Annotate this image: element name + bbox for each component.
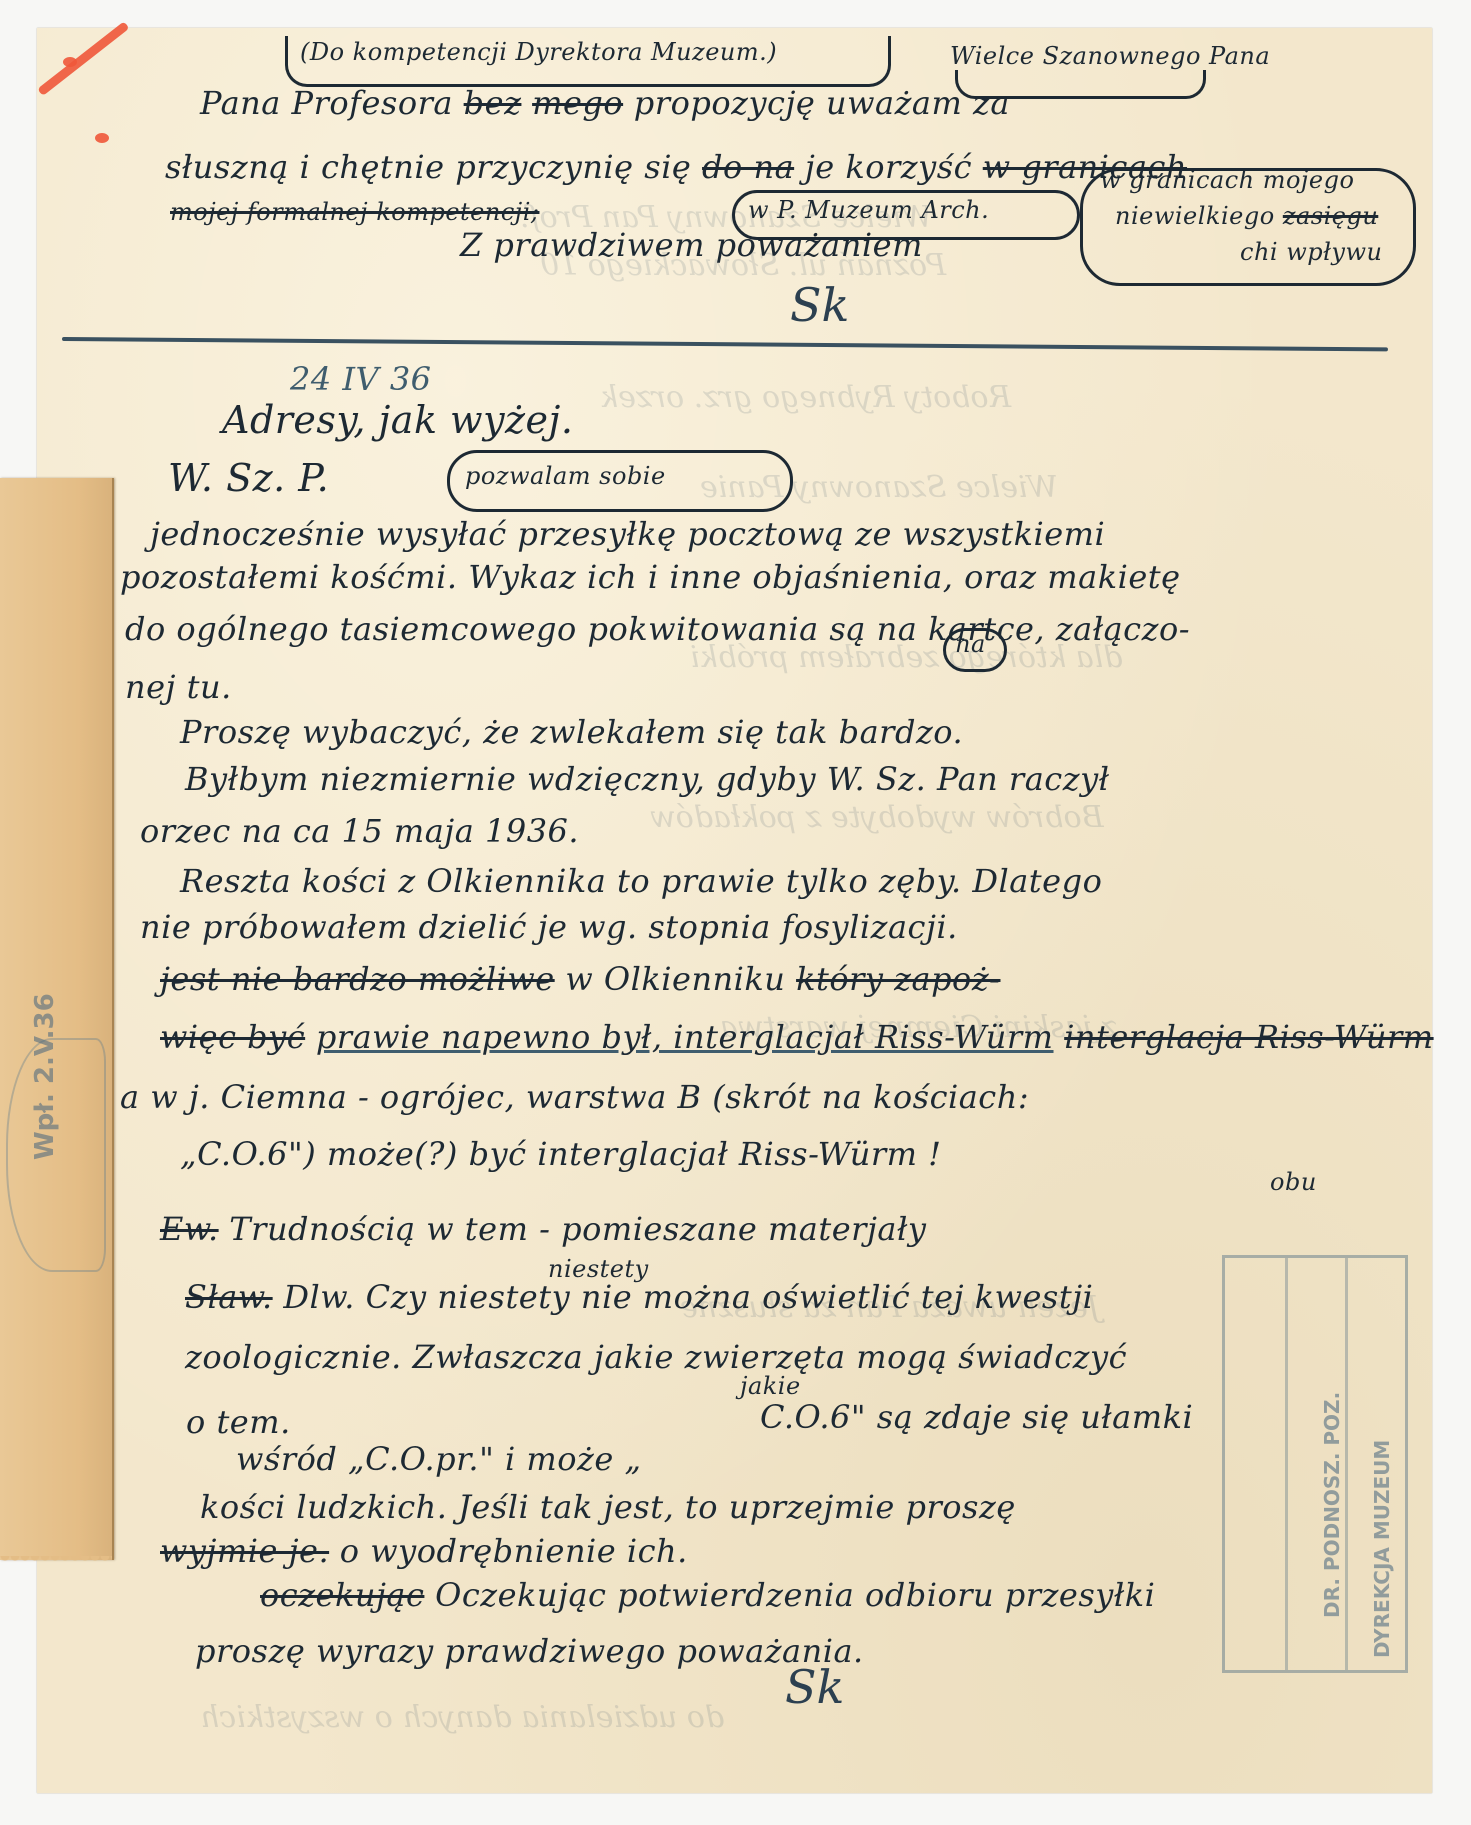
annotation-line: (Do kompetencji Dyrektora Muzeum.) bbox=[300, 38, 777, 66]
salutation-right: Wielce Szanownego Pana bbox=[950, 42, 1270, 70]
upper-line-3-struck: mojej formalnej kompetencji; bbox=[170, 198, 539, 226]
letter-line-14: Ew. Trudnością w tem - pomieszane materj… bbox=[160, 1210, 926, 1248]
struck-text: zasięgu bbox=[1283, 202, 1378, 230]
struck-text: bez bbox=[464, 84, 522, 122]
insert-obu: obu bbox=[1270, 1168, 1317, 1196]
stamp-text-1: DR. PODNOSZ. POZ. bbox=[1320, 1392, 1344, 1618]
letter-line-10: jest nie bardzo możliwe w Olkienniku któ… bbox=[160, 960, 1000, 998]
struck-text: do na bbox=[702, 148, 794, 186]
letter-line-6: Byłbym niezmiernie wdzięczny, gdyby W. S… bbox=[185, 760, 1110, 798]
letter-line-23: proszę wyrazy prawdziwego poważania. bbox=[195, 1632, 864, 1670]
archival-tab-strip: Wpł. 2.V.36 bbox=[0, 478, 114, 1560]
archive-stamp: DR. PODNOSZ. POZ. DYREKCJA MUZEUM bbox=[1222, 1255, 1408, 1673]
salutation: W. Sz. P. bbox=[168, 456, 329, 500]
opening-line: Adresy, jak wyżej. bbox=[222, 398, 573, 442]
signature-lower: Sk bbox=[785, 1660, 844, 1714]
letter-line-12: a w j. Ciemna - ogrójec, warstwa B (skró… bbox=[120, 1078, 1029, 1116]
letter-line-18: C.O.6" są zdaje się ułamki bbox=[760, 1398, 1193, 1436]
letter-line-11: więc być prawie napewno był, interglacja… bbox=[160, 1018, 1434, 1056]
struck-text: Sław. bbox=[185, 1278, 273, 1316]
struck-text: jest nie bardzo możliwe bbox=[160, 960, 555, 998]
text: o wyodrębnienie ich. bbox=[340, 1532, 688, 1570]
struck-text: oczekując bbox=[260, 1576, 424, 1614]
upper-line-1: Pana Profesora bez mego propozycję uważa… bbox=[200, 84, 1010, 122]
circled-insert-text: w P. Muzeum Arch. bbox=[748, 196, 989, 224]
struck-text: wyjmie je. bbox=[160, 1532, 329, 1570]
closing: Z prawdziwem poważaniem bbox=[460, 226, 923, 264]
struck-text: który zapoż- bbox=[796, 960, 1000, 998]
letter-line-9: nie próbowałem dzielić je wg. stopnia fo… bbox=[140, 908, 958, 946]
stamp-divider bbox=[1285, 1258, 1288, 1670]
struck-text: interglacja Riss-Würm bbox=[1064, 1018, 1433, 1056]
text: Trudnością w tem - pomieszane materjały bbox=[229, 1210, 926, 1248]
text: Pana Profesora bbox=[200, 84, 453, 122]
circled-na-text: na bbox=[955, 630, 986, 658]
text: Oczekując potwierdzenia odbioru przesyłk… bbox=[435, 1576, 1155, 1614]
letter-line-16: zoologicznie. Zwłaszcza jakie zwierzęta … bbox=[185, 1338, 1127, 1376]
bleed-through-text: do udzielania danych o wszystkich bbox=[200, 1700, 724, 1735]
tab-stamp: Wpł. 2.V.36 bbox=[6, 1038, 106, 1272]
stamp-text-2: DYREKCJA MUZEUM bbox=[1370, 1440, 1394, 1658]
letter-line-15: Sław. Dlw. Czy niestety nie można oświet… bbox=[185, 1278, 1093, 1316]
text: słuszną i chętnie przyczynię się bbox=[165, 148, 691, 186]
letter-line-2: pozostałemi kośćmi. Wykaz ich i inne obj… bbox=[120, 558, 1181, 596]
letter-line-3: do ogólnego tasiemcowego pokwitowania są… bbox=[125, 610, 1190, 648]
upper-line-2: słuszną i chętnie przyczynię się do na j… bbox=[165, 148, 1187, 186]
text: w Olkienniku bbox=[565, 960, 785, 998]
insert-jakie: jakie bbox=[740, 1372, 801, 1400]
letter-line-20: kości ludzkich. Jeśli tak jest, to uprze… bbox=[200, 1488, 1016, 1526]
tab-stamp-text: Wpł. 2.V.36 bbox=[30, 993, 60, 1160]
letter-line-22: oczekując Oczekując potwierdzenia odbior… bbox=[260, 1576, 1155, 1614]
letter-line-8: Reszta kości z Olkiennika to prawie tylk… bbox=[180, 862, 1102, 900]
bleed-through-text: Bobrów wydobyte z pokładów bbox=[650, 800, 1104, 835]
struck-text: Ew. bbox=[160, 1210, 219, 1248]
date: 24 IV 36 bbox=[290, 360, 432, 398]
text: prawie napewno był, interglacjał Riss-Wü… bbox=[316, 1018, 1054, 1056]
letter-line-5: Proszę wybaczyć, że zwlekałem się tak ba… bbox=[180, 713, 963, 751]
letter-line-17: o tem. bbox=[186, 1403, 291, 1441]
letter-line-1: jednocześnie wysyłać przesyłkę pocztową … bbox=[150, 515, 1105, 553]
text: je korzyść bbox=[805, 148, 972, 186]
red-crayon-dot bbox=[95, 133, 109, 143]
signature-upper: Sk bbox=[790, 278, 849, 332]
text: niewielkiego bbox=[1115, 202, 1275, 230]
circled-right-line1: w granicach mojego bbox=[1100, 166, 1354, 194]
struck-text: więc być bbox=[160, 1018, 305, 1056]
letter-line-13: „C.O.6") może(?) być interglacjał Riss-W… bbox=[180, 1135, 942, 1173]
letter-line-7: orzec na ca 15 maja 1936. bbox=[140, 812, 579, 850]
letter-line-19: wśród „C.O.pr." i może „ bbox=[236, 1440, 642, 1478]
letter-line-4: nej tu. bbox=[125, 668, 232, 706]
text: propozycję uważam za bbox=[634, 84, 1010, 122]
red-crayon-dot bbox=[63, 57, 77, 67]
text: Dlw. Czy niestety nie można oświetlić te… bbox=[283, 1278, 1093, 1316]
bleed-through-text: Roboty Rybnego grz. orzek bbox=[600, 380, 1011, 415]
circled-right-line3: chi wpływu bbox=[1240, 238, 1382, 266]
stamp-divider bbox=[1345, 1258, 1348, 1670]
tab-serrated-edge bbox=[0, 1556, 112, 1566]
circled-insert-text: pozwalam sobie bbox=[465, 462, 666, 490]
circled-right-line2: niewielkiego zasięgu bbox=[1115, 202, 1378, 230]
struck-text: mego bbox=[532, 84, 623, 122]
letter-line-21: wyjmie je. o wyodrębnienie ich. bbox=[160, 1532, 688, 1570]
